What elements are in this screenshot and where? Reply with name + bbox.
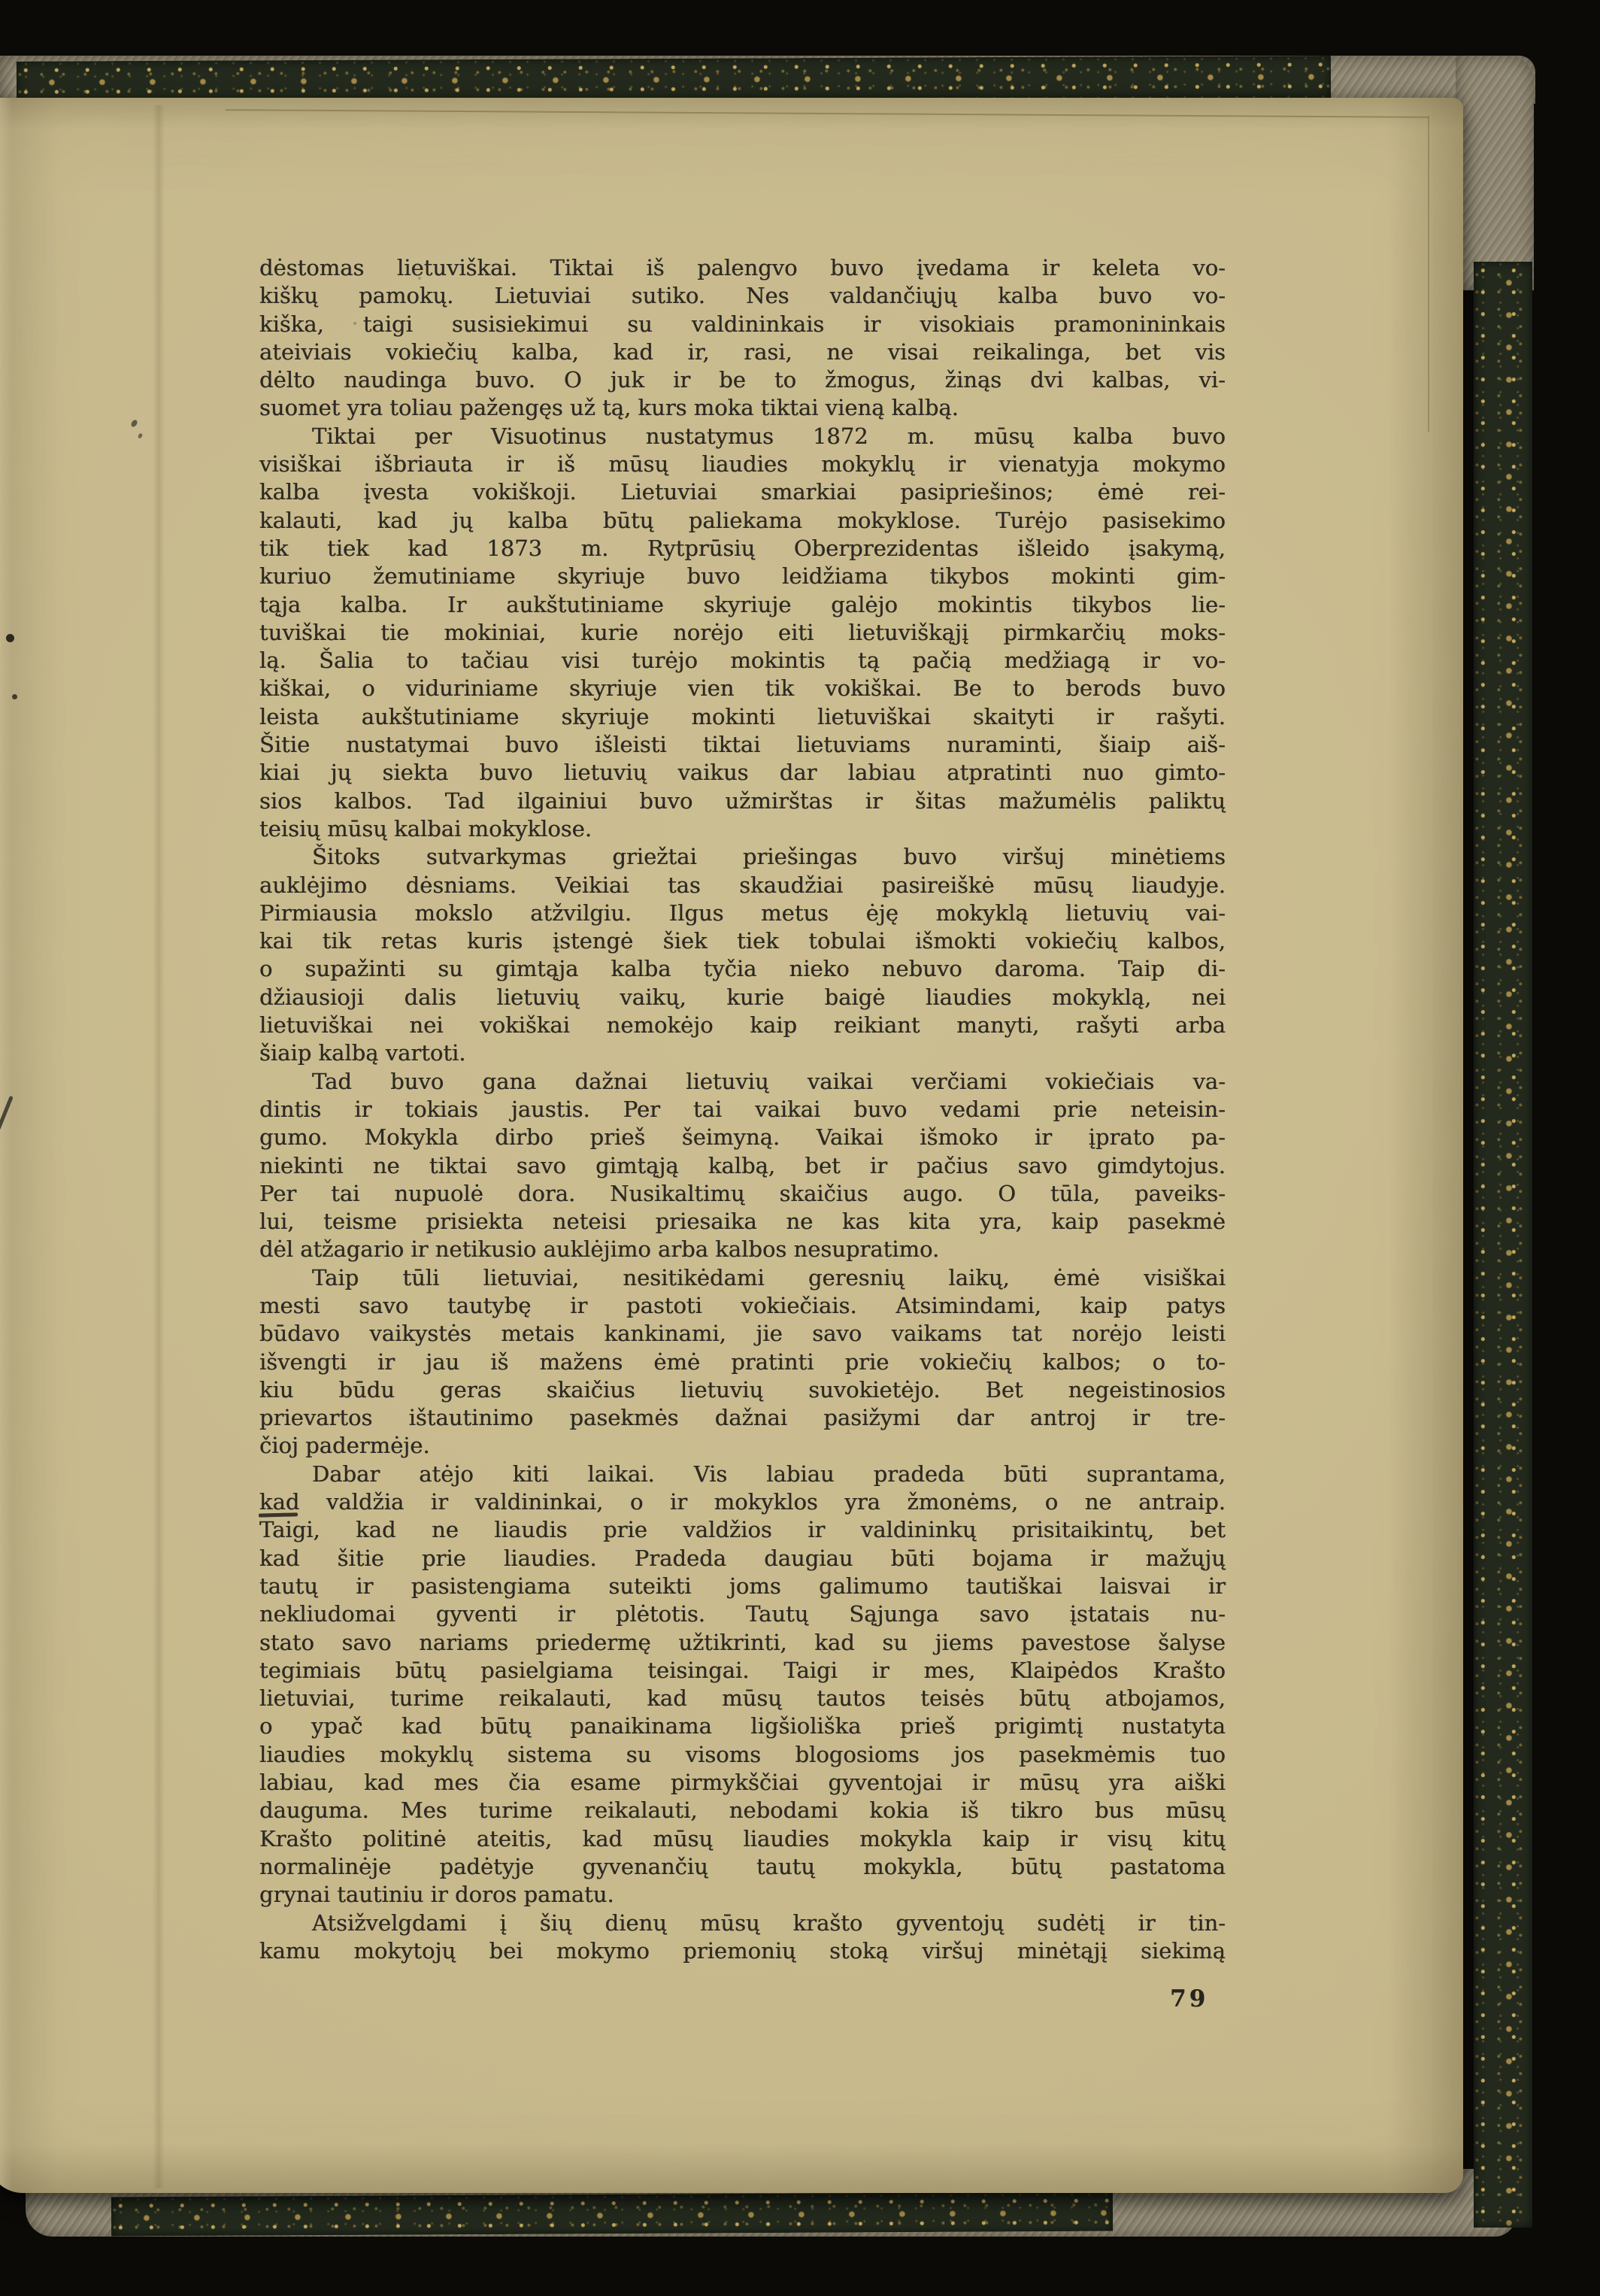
text-line: dėstomas lietuviškai. Tiktai iš palengvo… [259,254,1226,282]
text-line: dėl atžagario ir netikusio auklėjimo arb… [259,1236,1226,1263]
text-line: teisių mūsų kalbai mokyklose. [259,815,1226,843]
text-line: kiška, taigi susisiekimui su valdininkai… [259,311,1226,338]
text-line: Pirmiausia mokslo atžvilgiu. Ilgus metus… [259,899,1226,927]
text-line: Tiktai per Visuotinus nustatymus 1872 m.… [259,423,1226,450]
text-line: kad šitie prie liaudies. Pradeda daugiau… [259,1545,1226,1573]
text-line: tautų ir pasistengiama suteikti joms gal… [259,1573,1226,1600]
ink-speck [12,694,17,699]
text-line: grynai tautiniu ir doros pamatu. [259,1881,1226,1909]
text-line: o ypač kad būtų panaikinama ligšioliška … [259,1712,1226,1740]
marbled-cover-edge-top [17,56,1331,104]
text-line: lui, teisme prisiekta neteisi priesaika … [259,1208,1226,1236]
text-line: labiau, kad mes čia esame pirmykščiai gy… [259,1769,1226,1797]
text-line: kalauti, kad jų kalba būtų paliekama mok… [259,507,1226,535]
text-line: džiausioji dalis lietuvių vaikų, kurie b… [259,984,1226,1012]
text-line: visiškai išbriauta ir iš mūsų liaudies m… [259,450,1226,478]
text-line: Šitoks sutvarkymas griežtai priešingas b… [259,843,1226,871]
text-line: o supažinti su gimtąja kalba tyčia nieko… [259,955,1226,983]
text-line: lietuviškai nei vokiškai nemokėjo kaip r… [259,1012,1226,1039]
text-line: tegimiais būtų pasielgiama teisingai. Ta… [259,1657,1226,1685]
text-line: kiai jų siekta buvo lietuvių vaikus dar … [259,759,1226,787]
text-line: dintis ir tokiais jaustis. Per tai vaika… [259,1096,1226,1124]
text-line: kad valdžia ir valdininkai, o ir mokyklo… [259,1488,1226,1516]
page-number: 79 [1170,1985,1208,2012]
page-edge-line-right [1428,116,1429,432]
text-line: Taip tūli lietuviai, nesitikėdami geresn… [259,1264,1226,1292]
text-line: lą. Šalia to tačiau visi turėjo mokintis… [259,647,1226,675]
text-line: Krašto politinė ateitis, kad mūsų liaudi… [259,1825,1226,1853]
text-line: tik tiek kad 1873 m. Rytprūsių Oberprezi… [259,535,1226,563]
text-line: išvengti ir jau iš mažens ėmė pratinti p… [259,1348,1226,1376]
text-line: Dabar atėjo kiti laikai. Vis labiau prad… [259,1460,1226,1488]
text-line: kiškai, o viduriniame skyriuje vien tik … [259,675,1226,702]
text-line: prievartos ištautinimo pasekmės dažnai p… [259,1404,1226,1432]
text-line: lietuviai, turime reikalauti, kad mūsų t… [259,1685,1226,1712]
text-line: būdavo vaikystės metais kankinami, jie s… [259,1320,1226,1348]
text-line: ateiviais vokiečių kalba, kad ir, rasi, … [259,338,1226,366]
text-line: suomet yra toliau pažengęs už tą, kurs m… [259,394,1226,422]
text-line: leista aukštutiniame skyriuje mokinti li… [259,703,1226,731]
page-text: dėstomas lietuviškai. Tiktai iš palengvo… [259,254,1226,1965]
text-line: dėlto naudinga buvo. O juk ir be to žmog… [259,366,1226,394]
text-line: Per tai nupuolė dora. Nusikaltimų skaiči… [259,1180,1226,1208]
cover-cloth-corner-top-right [1456,56,1534,290]
text-line: Tad buvo gana dažnai lietuvių vaikai ver… [259,1068,1226,1096]
text-line: kai tik retas kuris įstengė šiek tiek to… [259,927,1226,955]
text-line: Taigi, kad ne liaudis prie valdžios ir v… [259,1516,1226,1544]
text-line: stato savo nariams priedermę užtikrinti,… [259,1629,1226,1657]
text-line: normalinėje padėtyje gyvenančių tautų mo… [259,1853,1226,1881]
ink-speck [353,322,356,325]
page-gutter-crease [153,105,165,2188]
text-line: kiu būdu geras skaičius lietuvių suvokie… [259,1376,1226,1404]
text-line: tuviškai tie mokiniai, kurie norėjo eiti… [259,619,1226,647]
text-line: mesti savo tautybę ir pastoti vokiečiais… [259,1292,1226,1320]
text-line: Atsižvelgdami į šių dienų mūsų krašto gy… [259,1909,1226,1937]
text-line: šiaip kalbą vartoti. [259,1039,1226,1067]
marbled-cover-edge-bottom [111,2192,1113,2237]
text-line: sios kalbos. Tad ilgainiui buvo užmiršta… [259,787,1226,815]
text-line: kamu mokytojų bei mokymo priemonių stoką… [259,1937,1226,1965]
text-line: niekinti ne tiktai savo gimtąją kalbą, b… [259,1152,1226,1180]
text-line: tąja kalba. Ir aukštutiniame skyriuje ga… [259,591,1226,619]
text-line: liaudies mokyklų sistema su visoms blogo… [259,1741,1226,1769]
marbled-cover-edge-right [1474,262,1532,2228]
scanned-book-photo: dėstomas lietuviškai. Tiktai iš palengvo… [0,0,1600,2296]
text-line: gumo. Mokykla dirbo prieš šeimyną. Vaika… [259,1124,1226,1151]
text-line: auklėjimo dėsniams. Veikiai tas skaudžia… [259,872,1226,899]
text-line: čioj padermėje. [259,1432,1226,1460]
text-line: nekliudomai gyventi ir plėtotis. Tautų S… [259,1600,1226,1628]
text-line: dauguma. Mes turime reikalauti, nebodami… [259,1797,1226,1824]
ink-speck [6,634,14,642]
text-line: kalba įvesta vokiškoji. Lietuviai smarki… [259,478,1226,506]
text-line: kiškų pamokų. Lietuviai sutiko. Nes vald… [259,282,1226,310]
ink-speck [418,277,421,280]
text-line: kuriuo žemutiniame skyriuje buvo leidžia… [259,563,1226,590]
text-line: Šitie nustatymai buvo išleisti tiktai li… [259,731,1226,759]
